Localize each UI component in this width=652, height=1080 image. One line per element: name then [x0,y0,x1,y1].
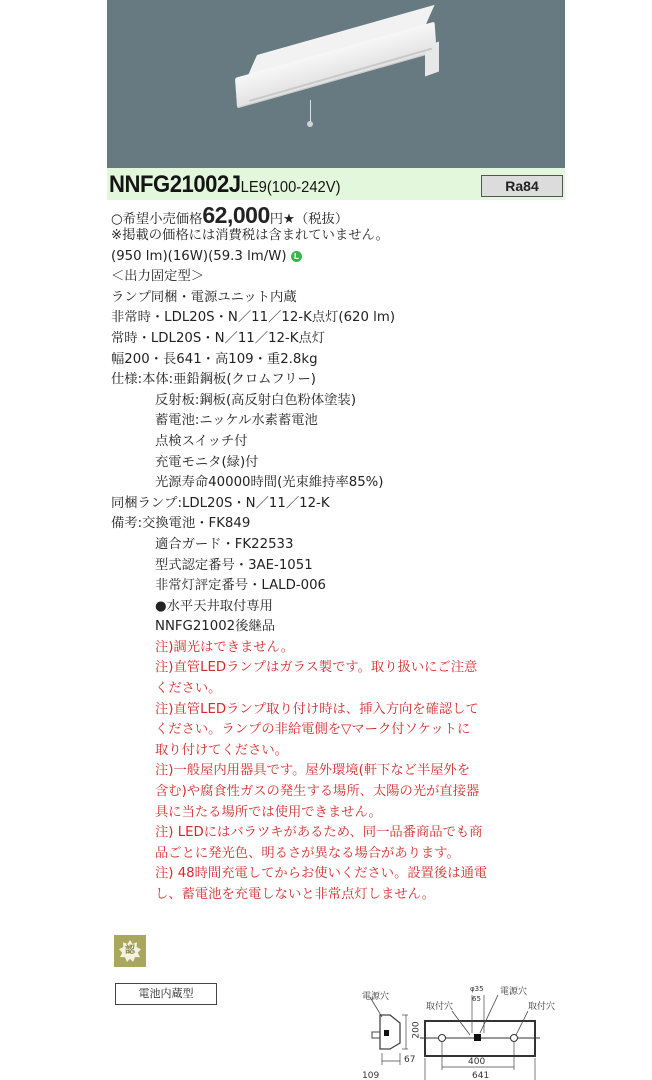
remark-item: NNFG21002後継品 [111,617,565,638]
model-code: NNFG21002J [109,171,241,198]
lamp-end-cap [425,41,439,76]
dimension-drawing [360,975,570,1080]
note-line: 具に当たる場所では使用できません。 [111,803,565,824]
note-line: 取り付けてください。 [111,741,565,762]
ra-badge: Ra84 [481,175,563,197]
efficiency-line: (950 lm)(16W)(59.3 lm/W) L [111,247,565,268]
length-dim: 641 [472,1071,489,1080]
top-small-dim-1: φ35 [470,985,484,993]
side-depth-dim: 67 [404,1055,415,1065]
note-line: ください。 [111,679,565,700]
remark-item: 型式認定番号・3AE-1051 [111,556,565,577]
emergency-lighting: 非常時・LDL20S・N／11／12-K点灯(620 lm) [111,308,565,329]
spec-item: 光源寿命40000時間(光束維持率85%) [111,473,565,494]
l-mark-icon: L [291,251,302,262]
remark-item: ●水平天井取付専用 [111,597,565,618]
hole-spacing-dim: 400 [468,1057,485,1067]
note-line: 注)直管LEDランプ取り付け時は、挿入方向を確認して [111,700,565,721]
spec-text: ○希望小売価格62,000円★（税抜） ※掲載の価格には消費税は含まれていません… [111,204,565,906]
output-type: ＜出力固定型＞ [111,267,565,288]
normal-lighting: 常時・LDL20S・N／11／12-K点灯 [111,329,565,350]
spec-item: 充電モニタ(緑)付 [111,453,565,474]
note-line: 注) LEDにはバラツキがあるため、同一品番商品でも商 [111,823,565,844]
price-line: ○希望小売価格62,000円★（税抜） [111,204,565,226]
product-sheet: NNFG21002JLE9(100-242V) Ra84 ○希望小売価格62,0… [107,0,565,1080]
price-label: ○希望小売価格 [111,212,202,227]
side-height-dim: 200 [412,1021,422,1038]
mount-hole-left-label: 取付穴 [426,999,453,1012]
spec-item: 仕様:本体:亜鉛鋼板(クロムフリー) [111,370,565,391]
spec-item: 蓄電池:ニッケル水素蓄電池 [111,411,565,432]
top-small-dim-2: 65 [472,995,481,1003]
note-line: 品ごとに発光色、明るさが異なる場合があります。 [111,844,565,865]
spec-item: 点検スイッチ付 [111,432,565,453]
top-power-hole-label: 電源穴 [500,984,527,997]
side-power-hole-label: 電源穴 [362,989,389,1002]
note-line: 注)調光はできません。 [111,638,565,659]
dimensions: 幅200・長641・高109・重2.8kg [111,350,565,371]
bundled-lamp: 同梱ランプ:LDL20S・N／11／12-K [111,494,565,515]
note-line: 注) 48時間充電してからお使いください。設置後は通電 [111,864,565,885]
dimension-diagram: 電源穴 200 67 109 取付穴 電源穴 取付穴 φ35 65 400 64… [360,975,570,1080]
tax-note: ※掲載の価格には消費税は含まれていません。 [111,226,565,247]
remark-item: 備考:交換電池・FK849 [111,514,565,535]
mount-hole-right-label: 取付穴 [528,999,555,1012]
certification-kanji: 認 [114,941,146,956]
model-number: NNFG21002JLE9(100-242V) [109,171,340,199]
note-line: 含む)や腐食性ガスの発生する場所、太陽の光が直接器 [111,782,565,803]
product-photo [107,0,565,168]
spec-label: 仕様: [111,372,142,387]
efficiency-text: (950 lm)(16W)(59.3 lm/W) [111,249,287,264]
lamp-bundle: ランプ同梱・電源ユニット内蔵 [111,288,565,309]
remark-item: 非常灯評定番号・LALD-006 [111,576,565,597]
spec-item: 反射板:鋼板(高反射白色粉体塗装) [111,391,565,412]
remark-item-text: 交換電池・FK849 [142,516,250,531]
pull-knob [307,121,313,127]
remarks-label: 備考: [111,516,142,531]
note-line: し、蓄電池を充電しないと非常点灯しません。 [111,885,565,906]
note-line: ください。ランプの非給電側を▽マーク付ソケットに [111,720,565,741]
model-suffix: LE9 [241,179,267,196]
side-height-total-dim: 109 [362,1071,379,1080]
certification-icon: 認 [114,935,146,967]
note-line: 注)直管LEDランプはガラス製です。取り扱いにご注意 [111,658,565,679]
spec-item-text: 本体:亜鉛鋼板(クロムフリー) [142,372,316,387]
battery-type-label: 電池内蔵型 [115,983,217,1005]
price-amount: 62,000 [202,202,269,228]
pull-cord [310,100,311,122]
note-line: 注)一般屋内用器具です。屋外環境(軒下など半屋外を [111,761,565,782]
remark-item: 適合ガード・FK22533 [111,535,565,556]
price-suffix: 円★（税抜） [270,212,348,227]
model-voltage: (100-242V) [267,179,341,196]
